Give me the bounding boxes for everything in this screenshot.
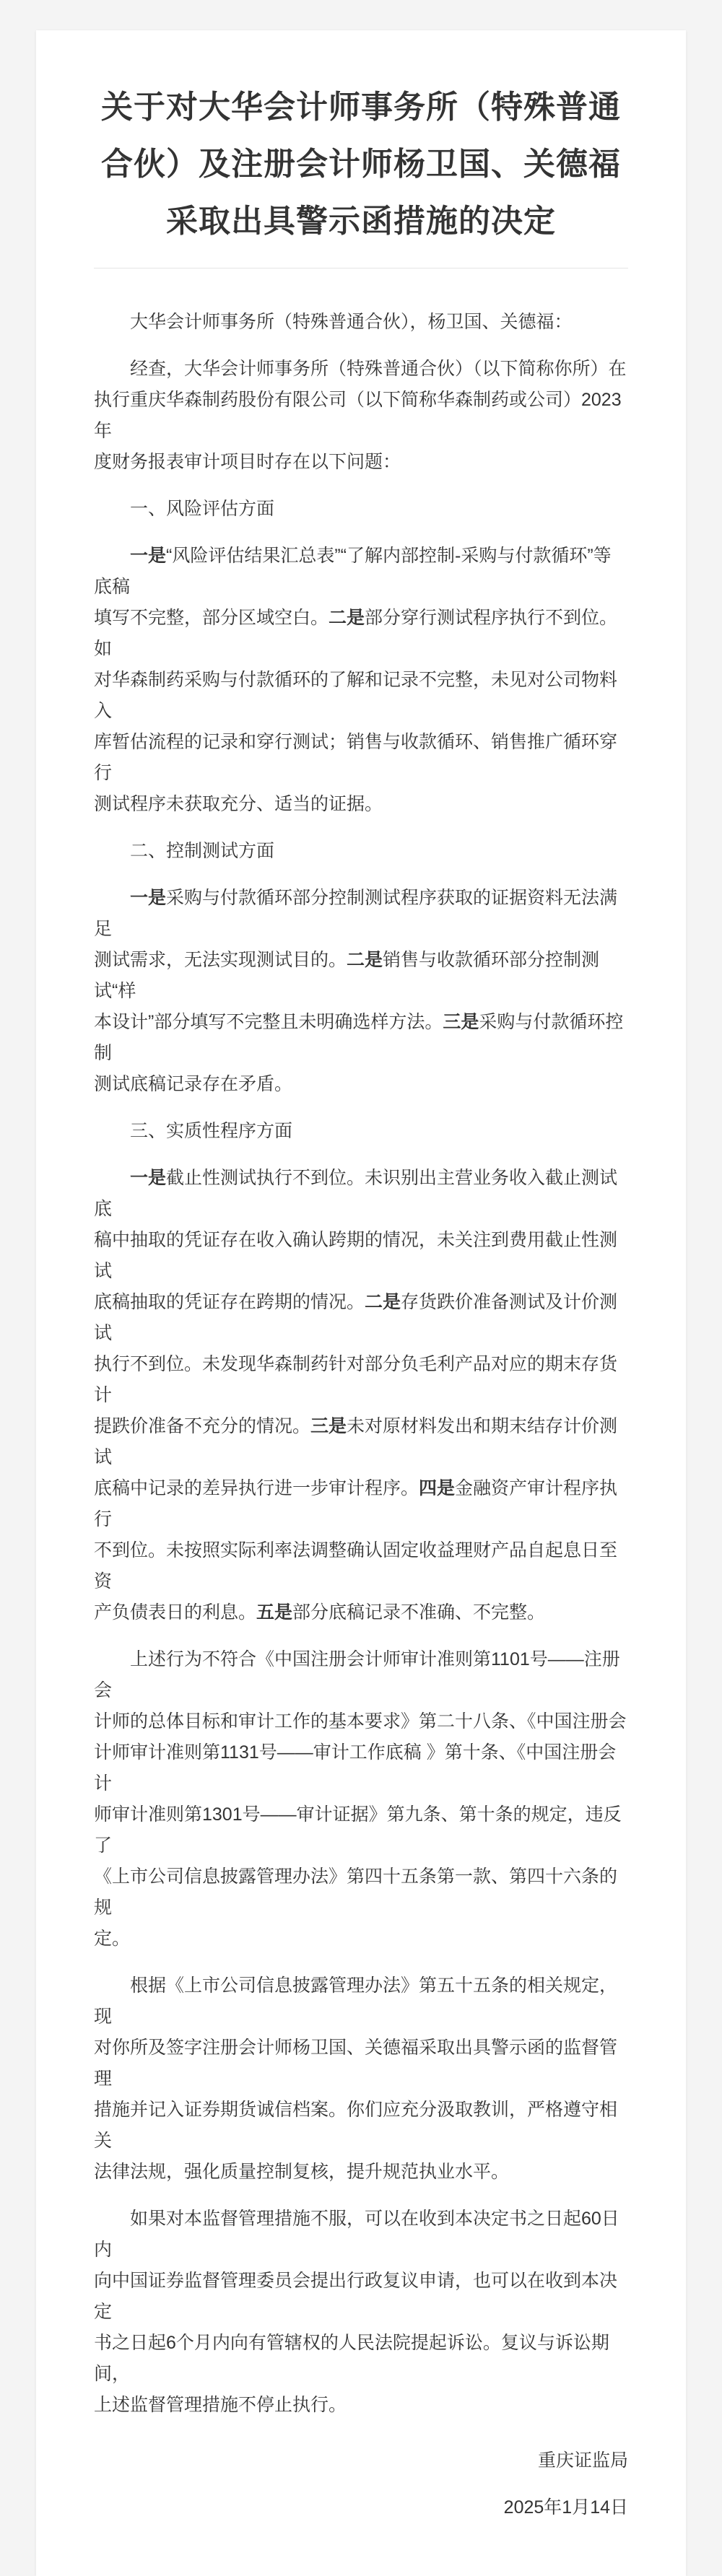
document-body: 大华会计师事务所（特殊普通合伙），杨卫国、关德福：经查，大华会计师事务所（特殊普…: [94, 307, 628, 2523]
appeal-rights-paragraph: 如果对本监督管理措施不服，可以在收到本决定书之日起60日内 向中国证券监督管理委…: [94, 2204, 628, 2421]
document-card: 关于对大华会计师事务所（特殊普通 合伙）及注册会计师杨卫国、关德福 采取出具警示…: [36, 30, 686, 2576]
document-title-line-1: 关于对大华会计师事务所（特殊普通: [94, 79, 628, 136]
decision-paragraph: 根据《上市公司信息披露管理办法》第五十五条的相关规定，现 对你所及签字注册会计师…: [94, 1970, 628, 2188]
document-title: 关于对大华会计师事务所（特殊普通 合伙）及注册会计师杨卫国、关德福 采取出具警示…: [94, 79, 628, 250]
control-testing-paragraph: 一是采购与付款循环部分控制测试程序获取的证据资料无法满足 测试需求，无法实现测试…: [94, 883, 628, 1100]
date: 2025年1月14日: [94, 2492, 628, 2523]
section-heading-risk-assessment: 一、风险评估方面: [94, 494, 628, 525]
risk-assessment-paragraph: 一是“风险评估结果汇总表”“了解内部控制-采购与付款循环”等底稿 填写不完整，部…: [94, 541, 628, 820]
page-background: { "page": { "background_color": "#f4f4f4…: [0, 30, 722, 2576]
section-heading-control-testing: 二、控制测试方面: [94, 836, 628, 867]
title-divider: [94, 268, 628, 268]
signature: 重庆证监局: [94, 2445, 628, 2476]
document-title-line-3: 采取出具警示函措施的决定: [94, 193, 628, 250]
intro-paragraph: 经查，大华会计师事务所（特殊普通合伙）（以下简称你所）在 执行重庆华森制药股份有…: [94, 354, 628, 478]
salutation: 大华会计师事务所（特殊普通合伙），杨卫国、关德福：: [94, 307, 628, 338]
violated-standards-paragraph: 上述行为不符合《中国注册会计师审计准则第1101号——注册会 计师的总体目标和审…: [94, 1644, 628, 1955]
section-heading-substantive-procedures: 三、实质性程序方面: [94, 1116, 628, 1147]
document-title-line-2: 合伙）及注册会计师杨卫国、关德福: [94, 136, 628, 193]
substantive-procedures-paragraph: 一是截止性测试执行不到位。未识别出主营业务收入截止测试底 稿中抽取的凭证存在收入…: [94, 1163, 628, 1628]
